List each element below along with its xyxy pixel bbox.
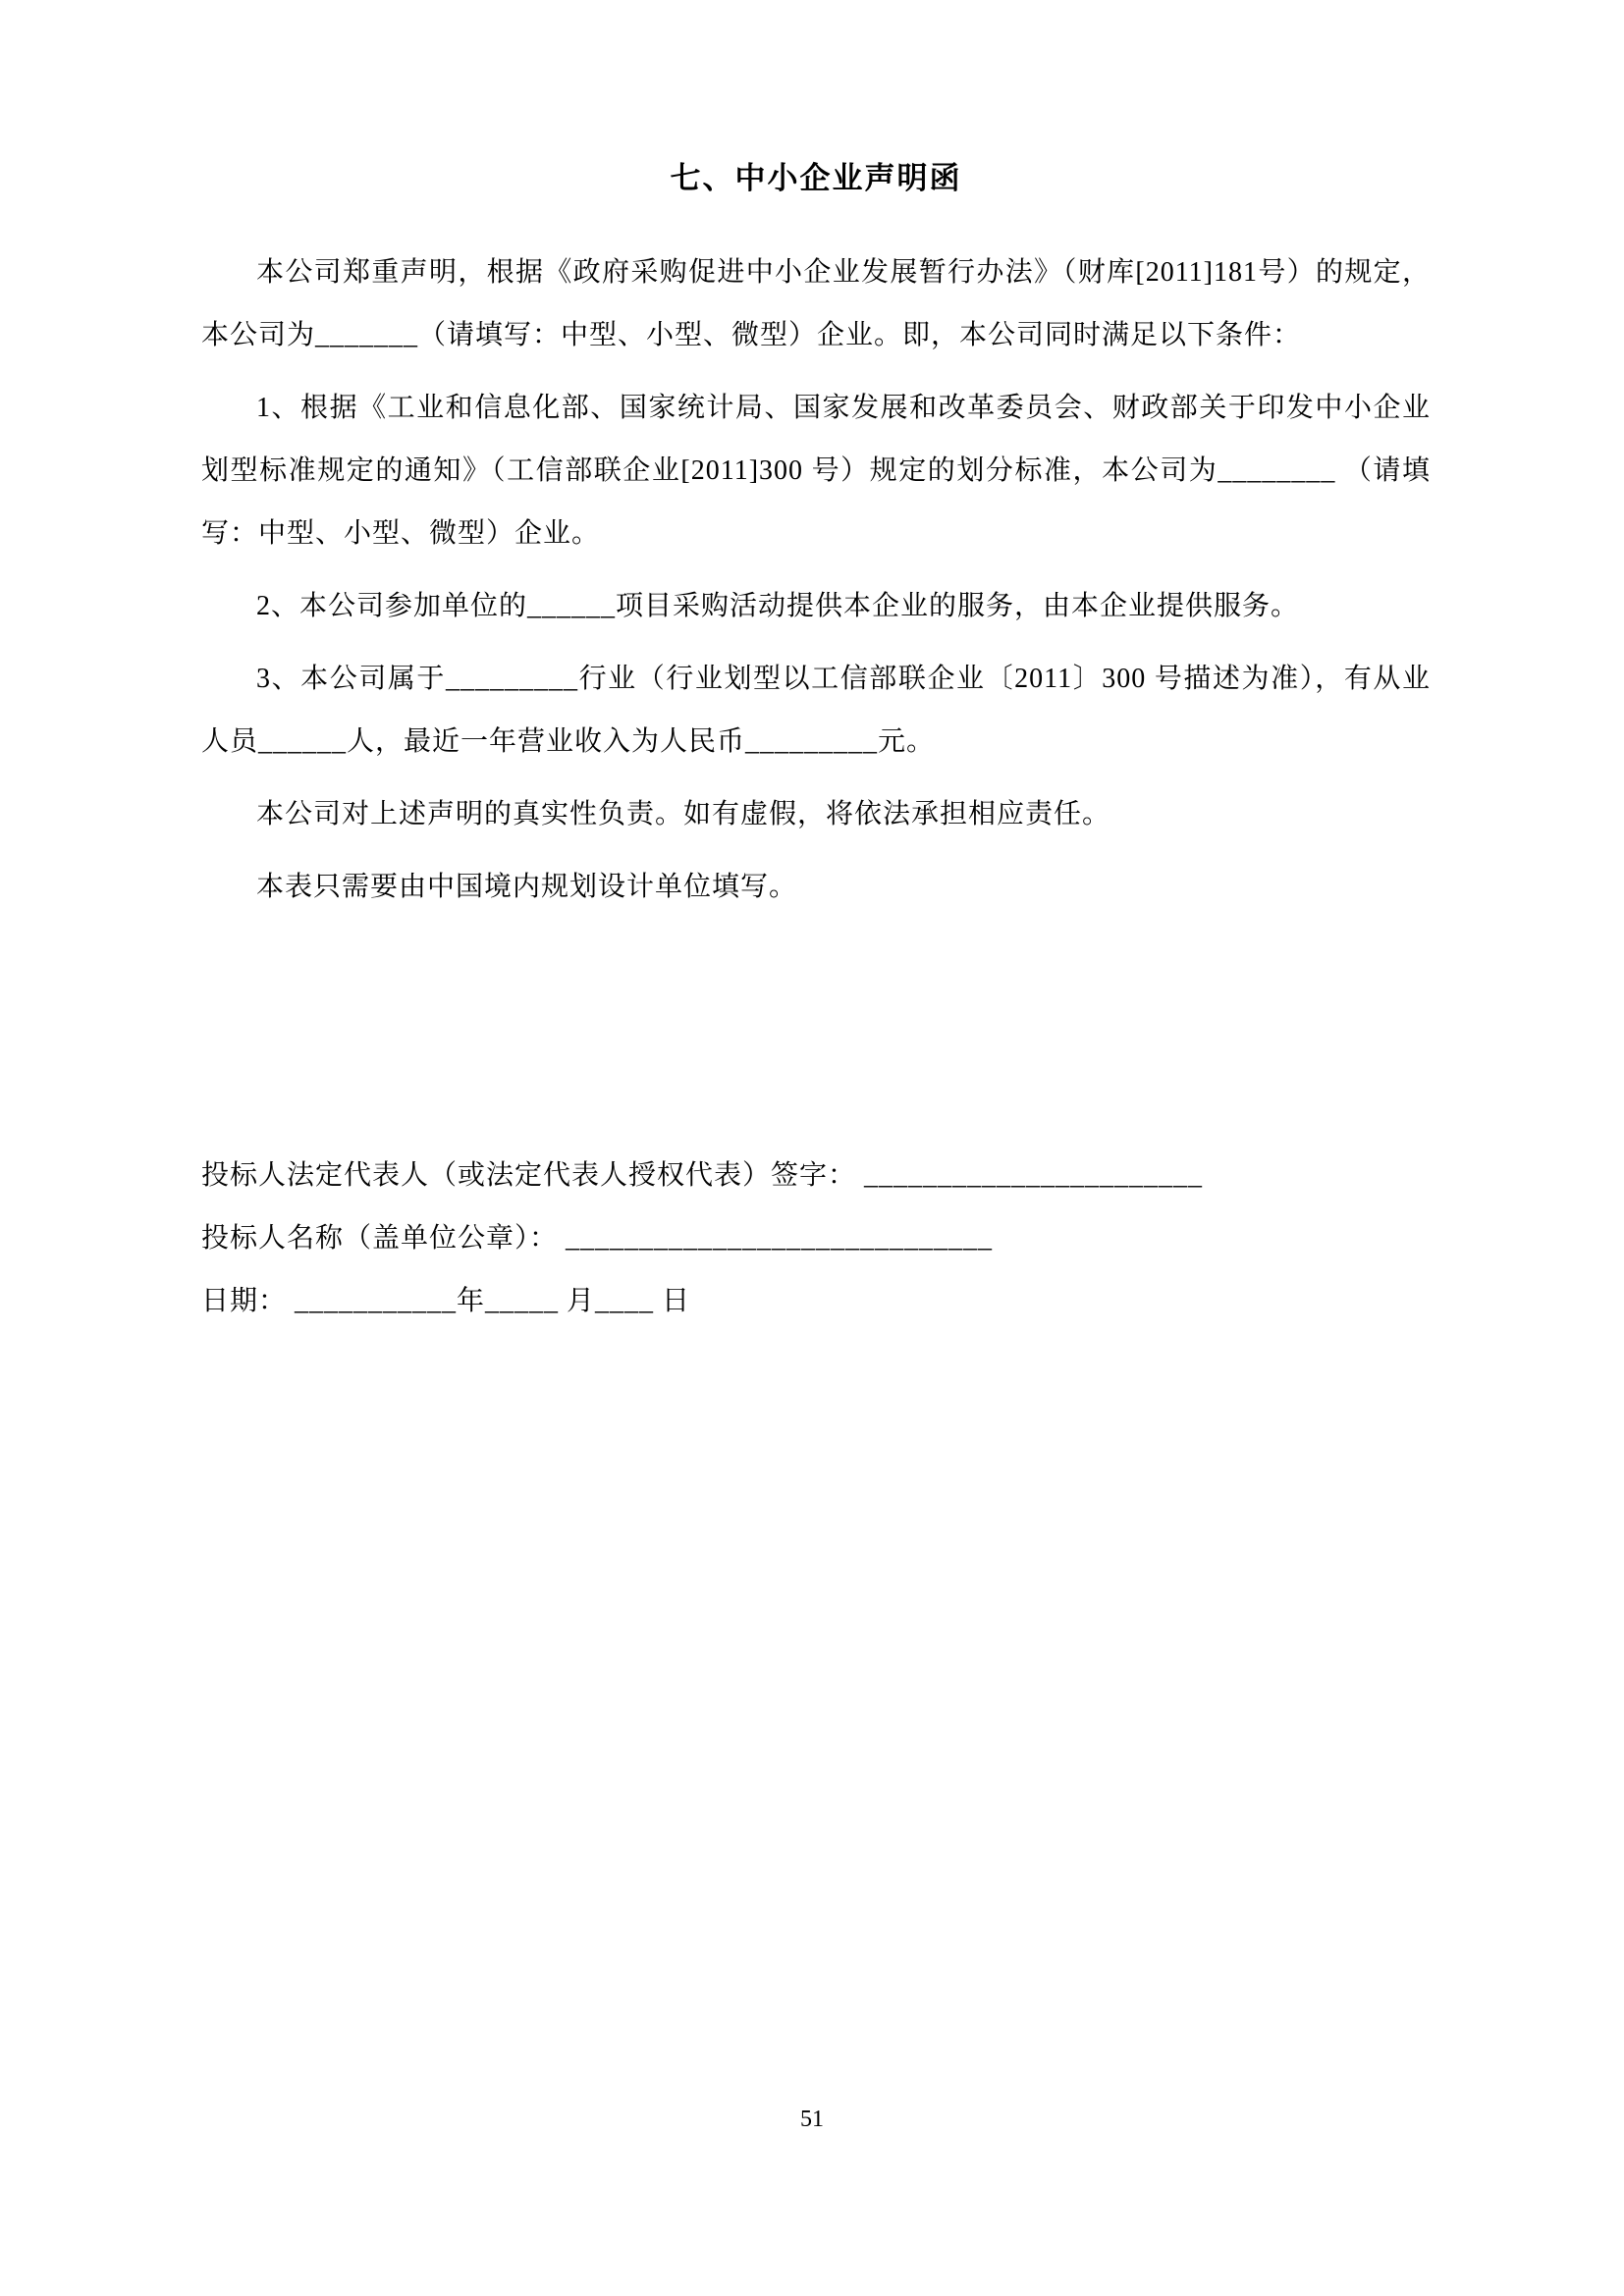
date-line: 日期： ___________年_____ 月____ 日 xyxy=(201,1270,1431,1333)
condition-2-paragraph: 2、本公司参加单位的______项目采购活动提供本企业的服务，由本企业提供服务。 xyxy=(201,575,1431,638)
condition-3-paragraph: 3、本公司属于_________行业（行业划型以工信部联企业〔2011〕300 … xyxy=(201,648,1431,774)
bidder-name-seal-line: 投标人名称（盖单位公章）： __________________________… xyxy=(201,1207,1431,1270)
signature-block: 投标人法定代表人（或法定代表人授权代表）签字： ________________… xyxy=(201,1145,1431,1333)
representative-signature-line: 投标人法定代表人（或法定代表人授权代表）签字： ________________… xyxy=(201,1145,1431,1207)
page-title: 七、中小企业声明函 xyxy=(201,157,1431,200)
intro-paragraph: 本公司郑重声明，根据《政府采购促进中小企业发展暂行办法》（财库[2011]181… xyxy=(201,241,1431,367)
truthfulness-statement-paragraph: 本公司对上述声明的真实性负责。如有虚假，将依法承担相应责任。 xyxy=(201,783,1431,846)
condition-1-paragraph: 1、根据《工业和信息化部、国家统计局、国家发展和改革委员会、财政部关于印发中小企… xyxy=(201,377,1431,565)
page-number: 51 xyxy=(0,2106,1624,2133)
fill-scope-note-paragraph: 本表只需要由中国境内规划设计单位填写。 xyxy=(201,856,1431,919)
document-content: 七、中小企业声明函 本公司郑重声明，根据《政府采购促进中小企业发展暂行办法》（财… xyxy=(0,0,1624,1333)
document-page: 七、中小企业声明函 本公司郑重声明，根据《政府采购促进中小企业发展暂行办法》（财… xyxy=(0,0,1624,2296)
